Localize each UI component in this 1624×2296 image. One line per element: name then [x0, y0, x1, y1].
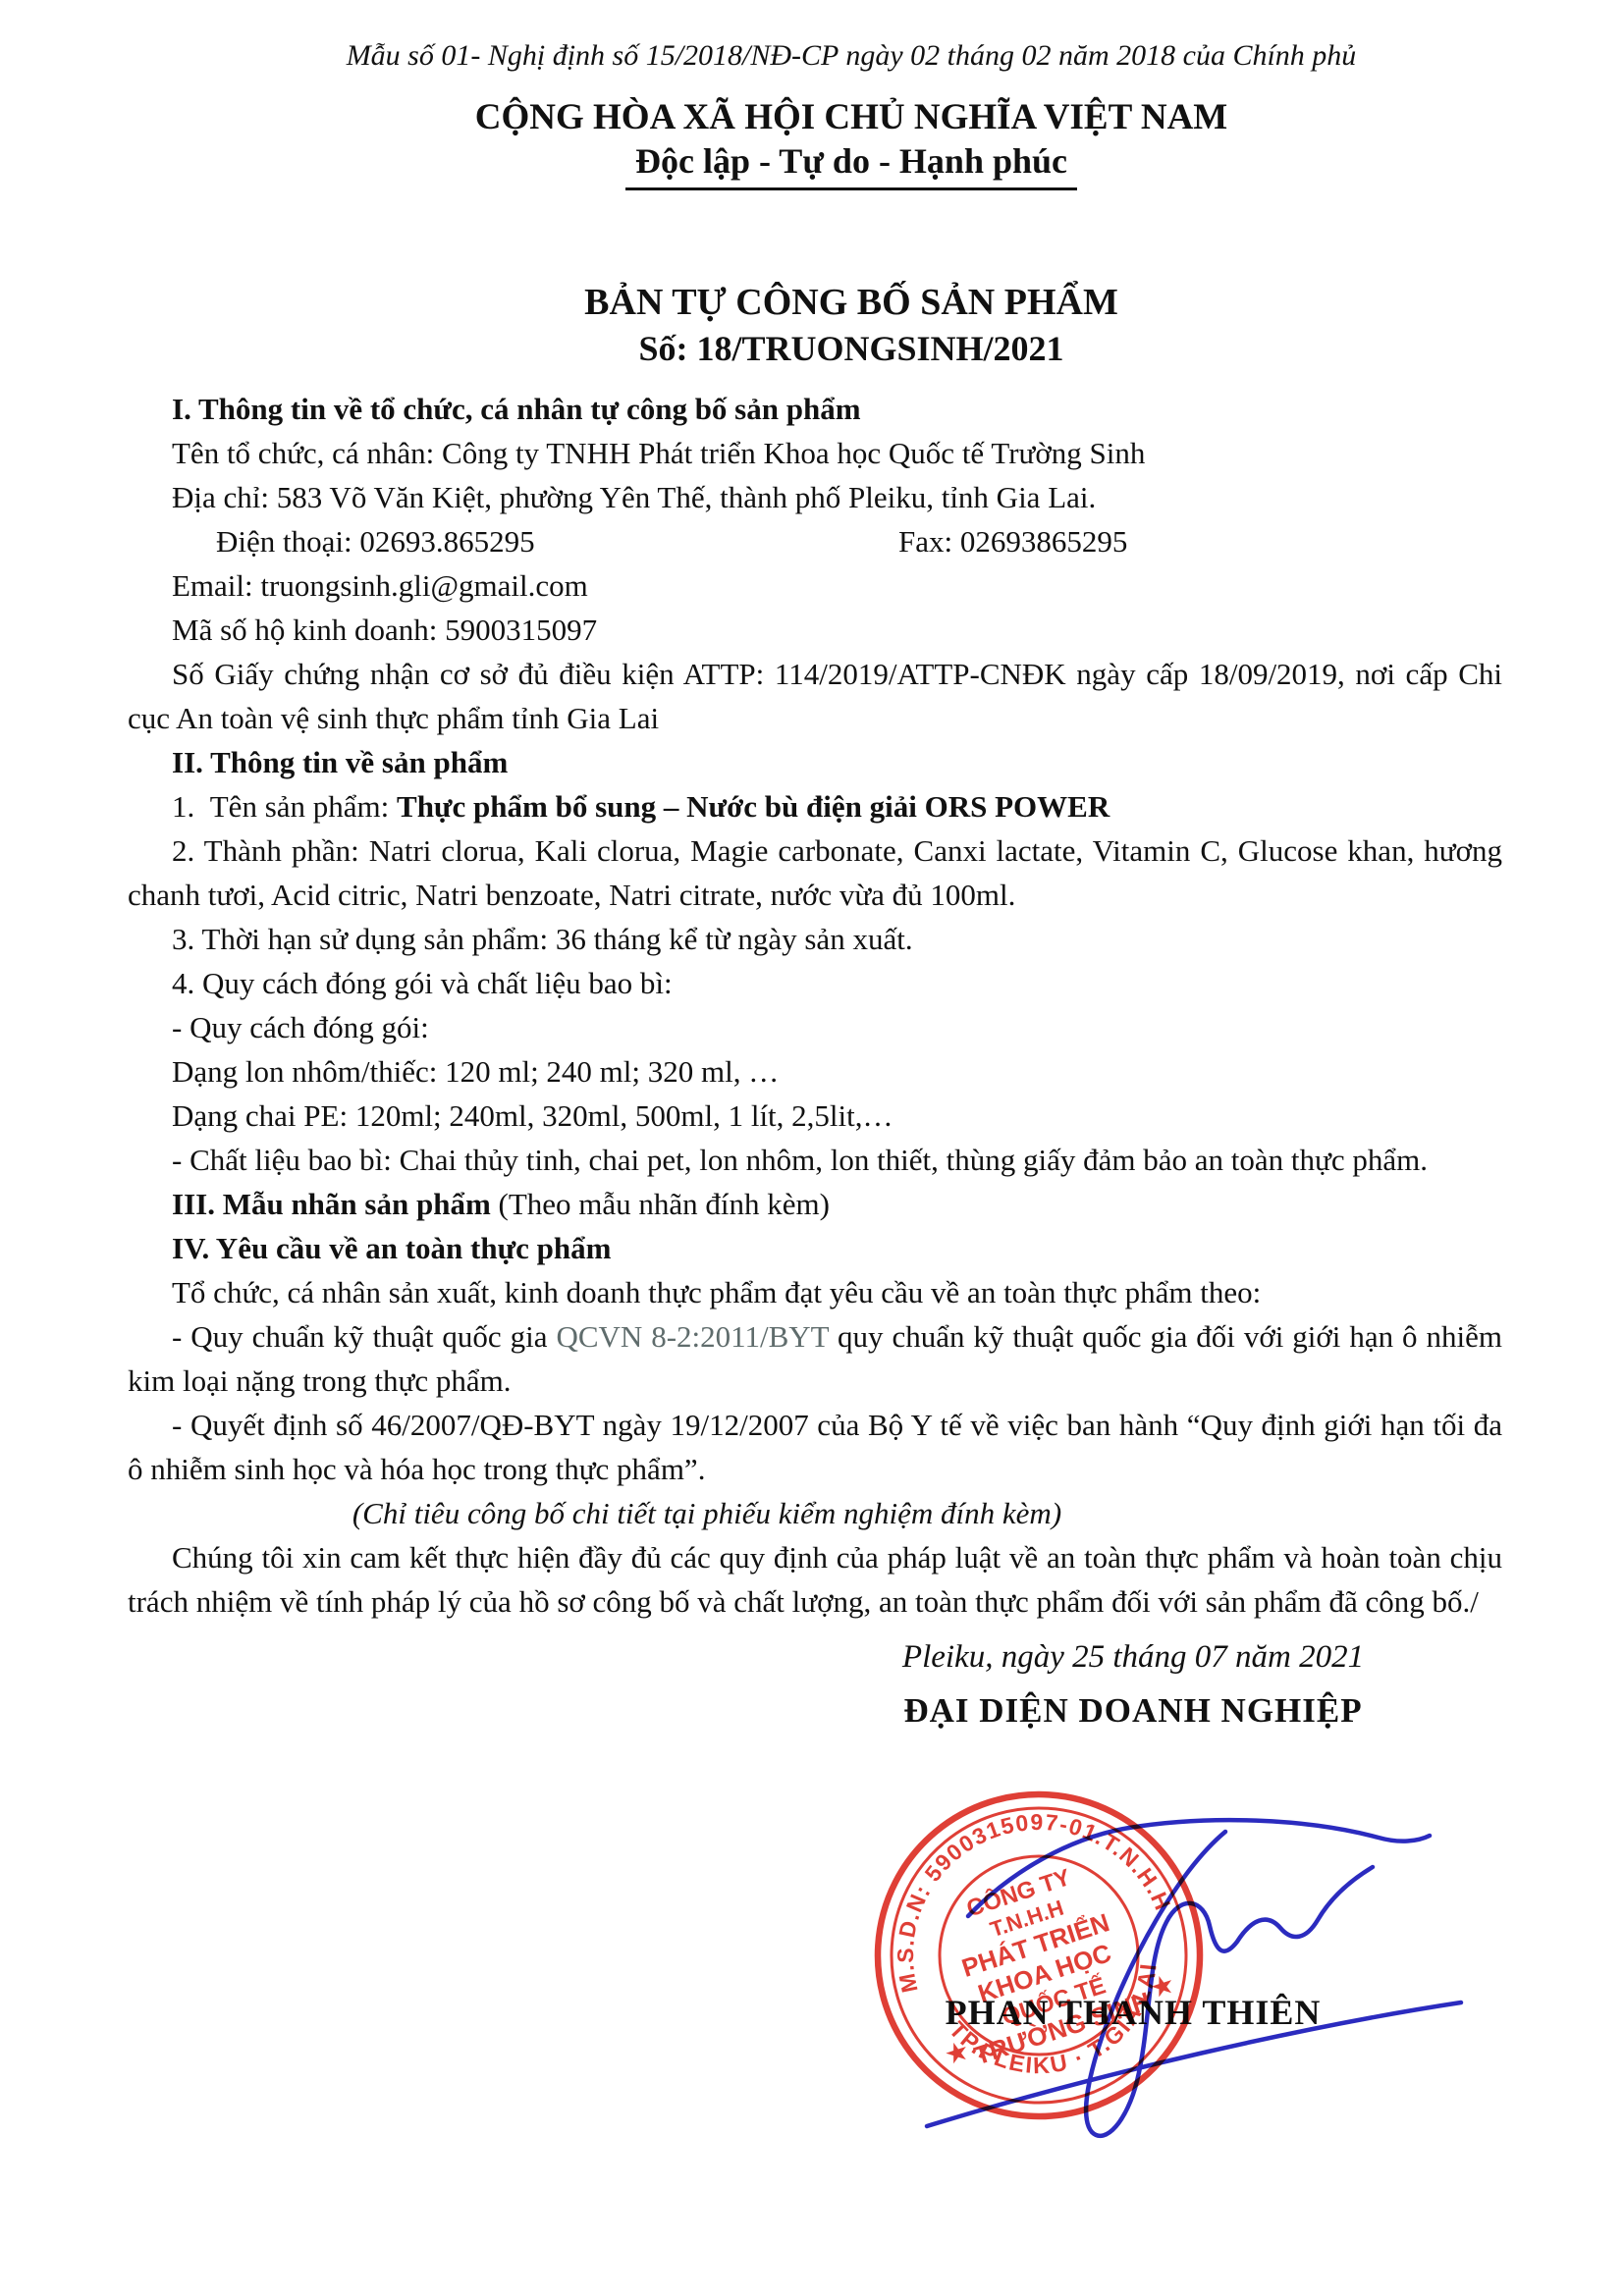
packaging-can-line: Dạng lon nhôm/thiếc: 120 ml; 240 ml; 320… [128, 1049, 1502, 1094]
org-name-line: Tên tổ chức, cá nhân: Công ty TNHH Phát … [128, 431, 1502, 475]
commitment-para: Chúng tôi xin cam kết thực hiện đầy đủ c… [128, 1535, 1502, 1624]
national-motto: Độc lập - Tự do - Hạnh phúc [625, 139, 1077, 190]
section1-heading: I. Thông tin về tổ chức, cá nhân tự công… [128, 387, 1502, 431]
attp-certificate-line: Số Giấy chứng nhận cơ sở đủ điều kiện AT… [128, 652, 1502, 740]
document-page: Mẫu số 01- Nghị định số 15/2018/NĐ-CP ng… [0, 0, 1624, 2296]
national-title: CỘNG HÒA XÃ HỘI CHỦ NGHĨA VIỆT NAM [187, 96, 1516, 139]
email-line: Email: truongsinh.gli@gmail.com [128, 563, 1502, 608]
regulation-bullet-1: - Quy chuẩn kỹ thuật quốc gia QCVN 8-2:2… [128, 1314, 1502, 1403]
shelf-life-line: 3. Thời hạn sử dụng sản phẩm: 36 tháng k… [128, 917, 1502, 961]
section3-heading-line: III. Mẫu nhãn sản phẩm (Theo mẫu nhãn đí… [128, 1182, 1502, 1226]
packaging-heading-line: 4. Quy cách đóng gói và chất liệu bao bì… [128, 961, 1502, 1005]
national-motto-row: Độc lập - Tự do - Hạnh phúc [187, 139, 1516, 190]
fax-value: Fax: 02693865295 [898, 524, 1127, 559]
ingredients-line: 2. Thành phần: Natri clorua, Kali clorua… [128, 828, 1502, 917]
regulation-bullet-2: - Quyết định số 46/2007/QĐ-BYT ngày 19/1… [128, 1403, 1502, 1491]
document-body: I. Thông tin về tổ chức, cá nhân tự công… [128, 387, 1502, 1624]
place-date-line: Pleiku, ngày 25 tháng 07 năm 2021 [819, 1635, 1447, 1679]
packaging-bottle-line: Dạng chai PE: 120ml; 240ml, 320ml, 500ml… [128, 1094, 1502, 1138]
safety-para: Tổ chức, cá nhân sản xuất, kinh doanh th… [128, 1270, 1502, 1314]
handwritten-signature [884, 1787, 1492, 2160]
regulation1-code: QCVN 8-2:2011/BYT [556, 1319, 829, 1354]
regulation1-pre: - Quy chuẩn kỹ thuật quốc gia [172, 1319, 556, 1354]
product-name-line: 1. Tên sản phẩm: Thực phẩm bổ sung – Nướ… [128, 784, 1502, 828]
test-criteria-note: (Chỉ tiêu công bố chi tiết tại phiếu kiể… [128, 1491, 1286, 1535]
document-header: Mẫu số 01- Nghị định số 15/2018/NĐ-CP ng… [187, 0, 1516, 371]
signature-stroke-underline [927, 2002, 1461, 2126]
section4-heading: IV. Yêu cầu về an toàn thực phẩm [128, 1226, 1502, 1270]
document-title: BẢN TỰ CÔNG BỐ SẢN PHẨM [187, 279, 1516, 326]
section3-heading: III. Mẫu nhãn sản phẩm [172, 1187, 491, 1221]
packaging-material-line: - Chất liệu bao bì: Chai thủy tinh, chai… [128, 1138, 1502, 1182]
signature-stroke-body [1086, 1832, 1373, 2136]
form-note: Mẫu số 01- Nghị định số 15/2018/NĐ-CP ng… [187, 37, 1516, 75]
address-line: Địa chỉ: 583 Võ Văn Kiệt, phường Yên Thế… [128, 475, 1502, 519]
business-code-line: Mã số hộ kinh doanh: 5900315097 [128, 608, 1502, 652]
section3-heading-suffix: (Theo mẫu nhãn đính kèm) [491, 1187, 830, 1221]
representative-title: ĐẠI DIỆN DOANH NGHIỆP [819, 1689, 1447, 1733]
product-name-label: 1. Tên sản phẩm: [172, 789, 397, 824]
document-number: Số: 18/TRUONGSINH/2021 [187, 326, 1516, 371]
phone-value: Điện thoại: 02693.865295 [172, 519, 898, 563]
product-name-value: Thực phẩm bổ sung – Nước bù điện giải OR… [397, 789, 1110, 824]
section2-heading: II. Thông tin về sản phẩm [128, 740, 1502, 784]
phone-fax-line: Điện thoại: 02693.865295Fax: 02693865295 [128, 519, 1502, 563]
signature-stroke-flourish [968, 1820, 1430, 1916]
packaging-spec-line: - Quy cách đóng gói: [128, 1005, 1502, 1049]
